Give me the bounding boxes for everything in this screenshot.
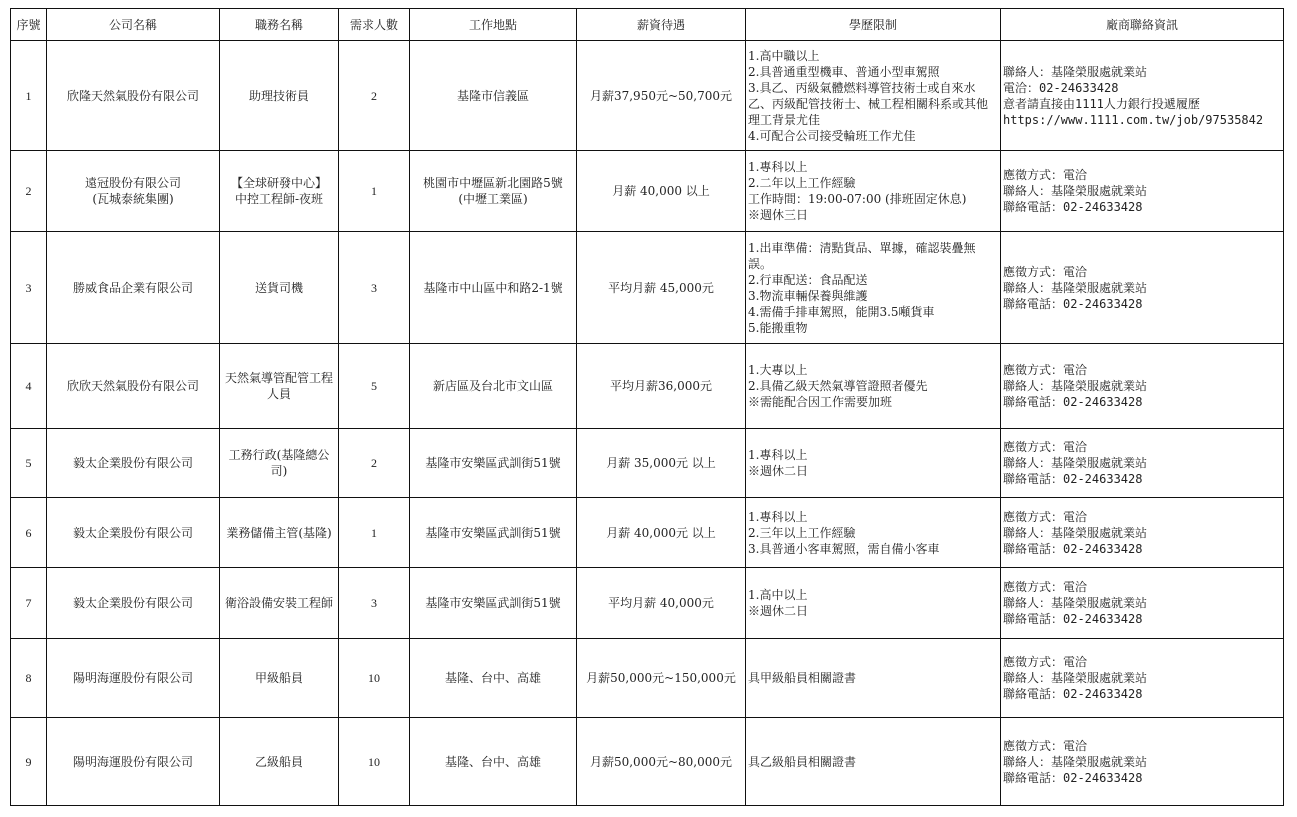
location-line: 基隆市中山區中和路2-1號	[412, 280, 574, 296]
location-line: (中壢工業區)	[412, 191, 574, 207]
cell-seq: 4	[11, 344, 47, 429]
cell-seq: 8	[11, 639, 47, 718]
cell-location: 基隆市安樂區武訓街51號	[410, 568, 577, 639]
contact-line: 應徵方式：電洽	[1003, 439, 1281, 455]
company-line: 陽明海運股份有限公司	[49, 754, 217, 770]
contact-line: 應徵方式：電洽	[1003, 362, 1281, 378]
cell-salary: 月薪 40,000 以上	[577, 151, 746, 232]
contact-line: 應徵方式：電洽	[1003, 579, 1281, 595]
cell-seq: 1	[11, 41, 47, 151]
requirements-line: 3.物流車輛保養與維護	[748, 288, 998, 304]
position-line: 【全球研發中心】	[222, 175, 336, 191]
cell-seq: 7	[11, 568, 47, 639]
requirements-line: 具乙級船員相關證書	[748, 754, 998, 770]
cell-contact: 聯絡人：基隆榮服處就業站電洽：02-24633428意者請直接由1111人力銀行…	[1001, 41, 1284, 151]
table-row: 9 陽明海運股份有限公司 乙級船員 10 基隆、台中、高雄 月薪50,000元~…	[11, 718, 1284, 806]
contact-line: 聯絡電話：02-24633428	[1003, 471, 1281, 487]
header-company: 公司名稱	[47, 9, 220, 41]
cell-contact: 應徵方式：電洽聯絡人：基隆榮服處就業站聯絡電話：02-24633428	[1001, 718, 1284, 806]
cell-location: 桃園市中壢區新北園路5號(中壢工業區)	[410, 151, 577, 232]
requirements-line: 2.具普通重型機車、普通小型車駕照	[748, 64, 998, 80]
contact-line: 聯絡電話：02-24633428	[1003, 394, 1281, 410]
cell-salary: 平均月薪 45,000元	[577, 232, 746, 344]
company-line: 欣欣天然氣股份有限公司	[49, 378, 217, 394]
requirements-line: ※週休二日	[748, 463, 998, 479]
position-line: 工務行政(基隆總公司)	[222, 447, 336, 479]
cell-seq: 3	[11, 232, 47, 344]
cell-contact: 應徵方式：電洽聯絡人：基隆榮服處就業站聯絡電話：02-24633428	[1001, 429, 1284, 498]
contact-line: 聯絡人：基隆榮服處就業站	[1003, 754, 1281, 770]
company-line: 陽明海運股份有限公司	[49, 670, 217, 686]
cell-company: 欣隆天然氣股份有限公司	[47, 41, 220, 151]
requirements-line: 1.專科以上	[748, 159, 998, 175]
cell-location: 基隆市安樂區武訓街51號	[410, 498, 577, 568]
position-line: 天然氣導管配管工程人員	[222, 370, 336, 402]
cell-company: 毅太企業股份有限公司	[47, 498, 220, 568]
contact-line: 意者請直接由1111人力銀行投遞履歷	[1003, 96, 1281, 112]
cell-seq: 5	[11, 429, 47, 498]
table-row: 2 遠冠股份有限公司(瓦城泰統集團) 【全球研發中心】中控工程師-夜班 1 桃園…	[11, 151, 1284, 232]
location-line: 基隆市安樂區武訓街51號	[412, 595, 574, 611]
requirements-line: 1.專科以上	[748, 509, 998, 525]
requirements-line: 1.高中以上	[748, 587, 998, 603]
requirements-line: 2.具備乙級天然氣導管證照者優先	[748, 378, 998, 394]
requirements-line: ※週休三日	[748, 207, 998, 223]
requirements-line: 2.二年以上工作經驗	[748, 175, 998, 191]
header-row: 序號 公司名稱 職務名稱 需求人數 工作地點 薪資待遇 學歷限制 廠商聯絡資訊	[11, 9, 1284, 41]
location-line: 基隆、台中、高雄	[412, 754, 574, 770]
contact-line: 聯絡電話：02-24633428	[1003, 770, 1281, 786]
cell-contact: 應徵方式：電洽聯絡人：基隆榮服處就業站聯絡電話：02-24633428	[1001, 151, 1284, 232]
cell-salary: 月薪 40,000元 以上	[577, 498, 746, 568]
header-count: 需求人數	[339, 9, 410, 41]
cell-company: 陽明海運股份有限公司	[47, 639, 220, 718]
cell-company: 毅太企業股份有限公司	[47, 568, 220, 639]
requirements-line: 具甲級船員相關證書	[748, 670, 998, 686]
cell-location: 基隆市安樂區武訓街51號	[410, 429, 577, 498]
cell-count: 2	[339, 429, 410, 498]
cell-position: 【全球研發中心】中控工程師-夜班	[220, 151, 339, 232]
company-line: (瓦城泰統集團)	[49, 191, 217, 207]
header-requirements: 學歷限制	[746, 9, 1001, 41]
cell-contact: 應徵方式：電洽聯絡人：基隆榮服處就業站聯絡電話：02-24633428	[1001, 232, 1284, 344]
company-line: 毅太企業股份有限公司	[49, 595, 217, 611]
requirements-line: 2.三年以上工作經驗	[748, 525, 998, 541]
cell-requirements: 1.大專以上2.具備乙級天然氣導管證照者優先※需能配合因工作需要加班	[746, 344, 1001, 429]
cell-salary: 月薪50,000元~150,000元	[577, 639, 746, 718]
cell-company: 毅太企業股份有限公司	[47, 429, 220, 498]
requirements-line: 1.出車準備：清點貨品、單據，確認裝疊無誤。	[748, 240, 998, 272]
cell-position: 助理技術員	[220, 41, 339, 151]
cell-count: 2	[339, 41, 410, 151]
cell-company: 勝威食品企業有限公司	[47, 232, 220, 344]
cell-seq: 6	[11, 498, 47, 568]
requirements-line: ※需能配合因工作需要加班	[748, 394, 998, 410]
requirements-line: 3.具乙、丙級氣體燃料導管技術士或自來水乙、丙級配管技術士、械工程相關科系或其他…	[748, 80, 998, 128]
cell-contact: 應徵方式：電洽聯絡人：基隆榮服處就業站聯絡電話：02-24633428	[1001, 568, 1284, 639]
cell-count: 10	[339, 639, 410, 718]
cell-count: 10	[339, 718, 410, 806]
requirements-line: 2.行車配送：食品配送	[748, 272, 998, 288]
cell-requirements: 1.高中職以上2.具普通重型機車、普通小型車駕照3.具乙、丙級氣體燃料導管技術士…	[746, 41, 1001, 151]
requirements-line: ※週休二日	[748, 603, 998, 619]
contact-line: 應徵方式：電洽	[1003, 738, 1281, 754]
company-line: 勝威食品企業有限公司	[49, 280, 217, 296]
position-line: 助理技術員	[222, 88, 336, 104]
contact-line: 應徵方式：電洽	[1003, 167, 1281, 183]
contact-line: 應徵方式：電洽	[1003, 264, 1281, 280]
header-location: 工作地點	[410, 9, 577, 41]
requirements-line: 5.能搬重物	[748, 320, 998, 336]
cell-count: 1	[339, 498, 410, 568]
contact-line: 聯絡人：基隆榮服處就業站	[1003, 64, 1281, 80]
cell-company: 欣欣天然氣股份有限公司	[47, 344, 220, 429]
cell-seq: 9	[11, 718, 47, 806]
cell-contact: 應徵方式：電洽聯絡人：基隆榮服處就業站聯絡電話：02-24633428	[1001, 344, 1284, 429]
position-line: 衛浴設備安裝工程師	[222, 595, 336, 611]
position-line: 乙級船員	[222, 754, 336, 770]
contact-line: 應徵方式：電洽	[1003, 509, 1281, 525]
cell-seq: 2	[11, 151, 47, 232]
contact-line: 聯絡人：基隆榮服處就業站	[1003, 595, 1281, 611]
cell-requirements: 1.專科以上※週休二日	[746, 429, 1001, 498]
cell-count: 3	[339, 568, 410, 639]
requirements-line: 4.可配合公司接受輪班工作尤佳	[748, 128, 998, 144]
cell-position: 衛浴設備安裝工程師	[220, 568, 339, 639]
location-line: 新店區及台北市文山區	[412, 378, 574, 394]
requirements-line: 工作時間：19:00-07:00 (排班固定休息)	[748, 191, 998, 207]
company-line: 遠冠股份有限公司	[49, 175, 217, 191]
contact-line: 聯絡人：基隆榮服處就業站	[1003, 670, 1281, 686]
cell-position: 天然氣導管配管工程人員	[220, 344, 339, 429]
requirements-line: 3.具普通小客車駕照，需自備小客車	[748, 541, 998, 557]
cell-requirements: 1.出車準備：清點貨品、單據，確認裝疊無誤。2.行車配送：食品配送3.物流車輛保…	[746, 232, 1001, 344]
cell-requirements: 具甲級船員相關證書	[746, 639, 1001, 718]
header-salary: 薪資待遇	[577, 9, 746, 41]
contact-line: 應徵方式：電洽	[1003, 654, 1281, 670]
cell-count: 5	[339, 344, 410, 429]
requirements-line: 1.高中職以上	[748, 48, 998, 64]
requirements-line: 4.需備手排車駕照，能開3.5噸貨車	[748, 304, 998, 320]
cell-requirements: 1.專科以上2.二年以上工作經驗工作時間：19:00-07:00 (排班固定休息…	[746, 151, 1001, 232]
cell-salary: 月薪50,000元~80,000元	[577, 718, 746, 806]
table-row: 1 欣隆天然氣股份有限公司 助理技術員 2 基隆市信義區 月薪37,950元~5…	[11, 41, 1284, 151]
cell-contact: 應徵方式：電洽聯絡人：基隆榮服處就業站聯絡電話：02-24633428	[1001, 498, 1284, 568]
contact-line: 電洽：02-24633428	[1003, 80, 1281, 96]
contact-line: 聯絡電話：02-24633428	[1003, 296, 1281, 312]
requirements-line: 1.大專以上	[748, 362, 998, 378]
location-line: 基隆市信義區	[412, 88, 574, 104]
header-contact: 廠商聯絡資訊	[1001, 9, 1284, 41]
contact-line: 聯絡電話：02-24633428	[1003, 199, 1281, 215]
cell-position: 乙級船員	[220, 718, 339, 806]
cell-location: 基隆市中山區中和路2-1號	[410, 232, 577, 344]
cell-requirements: 1.專科以上2.三年以上工作經驗3.具普通小客車駕照，需自備小客車	[746, 498, 1001, 568]
header-seq: 序號	[11, 9, 47, 41]
cell-contact: 應徵方式：電洽聯絡人：基隆榮服處就業站聯絡電話：02-24633428	[1001, 639, 1284, 718]
contact-line: 聯絡人：基隆榮服處就業站	[1003, 378, 1281, 394]
table-row: 3 勝威食品企業有限公司 送貨司機 3 基隆市中山區中和路2-1號 平均月薪 4…	[11, 232, 1284, 344]
cell-location: 基隆、台中、高雄	[410, 718, 577, 806]
cell-salary: 月薪 35,000元 以上	[577, 429, 746, 498]
table-row: 4 欣欣天然氣股份有限公司 天然氣導管配管工程人員 5 新店區及台北市文山區 平…	[11, 344, 1284, 429]
location-line: 基隆市安樂區武訓街51號	[412, 455, 574, 471]
contact-line: 聯絡人：基隆榮服處就業站	[1003, 280, 1281, 296]
cell-company: 陽明海運股份有限公司	[47, 718, 220, 806]
contact-line: 聯絡人：基隆榮服處就業站	[1003, 455, 1281, 471]
company-line: 毅太企業股份有限公司	[49, 455, 217, 471]
cell-location: 基隆市信義區	[410, 41, 577, 151]
contact-line: https://www.1111.com.tw/job/97535842	[1003, 112, 1281, 128]
cell-company: 遠冠股份有限公司(瓦城泰統集團)	[47, 151, 220, 232]
cell-requirements: 具乙級船員相關證書	[746, 718, 1001, 806]
position-line: 送貨司機	[222, 280, 336, 296]
location-line: 基隆市安樂區武訓街51號	[412, 525, 574, 541]
table-row: 7 毅太企業股份有限公司 衛浴設備安裝工程師 3 基隆市安樂區武訓街51號 平均…	[11, 568, 1284, 639]
cell-salary: 平均月薪36,000元	[577, 344, 746, 429]
requirements-line: 1.專科以上	[748, 447, 998, 463]
header-position: 職務名稱	[220, 9, 339, 41]
contact-line: 聯絡人：基隆榮服處就業站	[1003, 183, 1281, 199]
table-row: 5 毅太企業股份有限公司 工務行政(基隆總公司) 2 基隆市安樂區武訓街51號 …	[11, 429, 1284, 498]
cell-position: 業務儲備主管(基隆)	[220, 498, 339, 568]
company-line: 欣隆天然氣股份有限公司	[49, 88, 217, 104]
location-line: 基隆、台中、高雄	[412, 670, 574, 686]
table-row: 8 陽明海運股份有限公司 甲級船員 10 基隆、台中、高雄 月薪50,000元~…	[11, 639, 1284, 718]
contact-line: 聯絡電話：02-24633428	[1003, 686, 1281, 702]
position-line: 甲級船員	[222, 670, 336, 686]
position-line: 業務儲備主管(基隆)	[222, 525, 336, 541]
cell-count: 1	[339, 151, 410, 232]
position-line: 中控工程師-夜班	[222, 191, 336, 207]
contact-line: 聯絡電話：02-24633428	[1003, 611, 1281, 627]
table-row: 6 毅太企業股份有限公司 業務儲備主管(基隆) 1 基隆市安樂區武訓街51號 月…	[11, 498, 1284, 568]
contact-line: 聯絡人：基隆榮服處就業站	[1003, 525, 1281, 541]
job-listings-table: 序號 公司名稱 職務名稱 需求人數 工作地點 薪資待遇 學歷限制 廠商聯絡資訊 …	[10, 8, 1284, 806]
cell-count: 3	[339, 232, 410, 344]
cell-location: 新店區及台北市文山區	[410, 344, 577, 429]
cell-position: 送貨司機	[220, 232, 339, 344]
cell-position: 工務行政(基隆總公司)	[220, 429, 339, 498]
cell-salary: 月薪37,950元~50,700元	[577, 41, 746, 151]
cell-salary: 平均月薪 40,000元	[577, 568, 746, 639]
cell-location: 基隆、台中、高雄	[410, 639, 577, 718]
cell-requirements: 1.高中以上※週休二日	[746, 568, 1001, 639]
contact-line: 聯絡電話：02-24633428	[1003, 541, 1281, 557]
company-line: 毅太企業股份有限公司	[49, 525, 217, 541]
location-line: 桃園市中壢區新北園路5號	[412, 175, 574, 191]
cell-position: 甲級船員	[220, 639, 339, 718]
